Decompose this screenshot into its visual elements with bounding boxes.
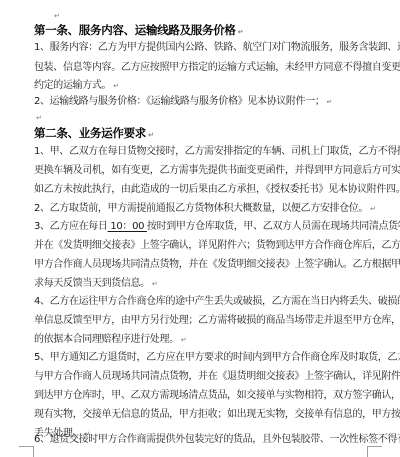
line-text: 按时到甲方仓库取货，甲、乙双方人员需在现场共同清点货物， bbox=[147, 221, 400, 232]
section2-item5-line2: 与甲方合作商人员现场共同清点货物，并在《退货明细交接表》上签字确认，详见附件七。 bbox=[34, 371, 400, 383]
paragraph-mark-icon: ↵ bbox=[148, 131, 154, 139]
section2-item3-line3: 甲方合作商人员现场共同清点货物，并在《发货明细交接表》上签字确认。乙方根据甲方要 bbox=[34, 259, 400, 271]
paragraph-mark-icon: ↵ bbox=[36, 114, 42, 122]
line-text: 2、运输线路与服务价格：《运输线路与服务价格》见本协议附件一； bbox=[34, 96, 325, 107]
section2-item6-line1: 6、退货交接时甲方合作商需提供外包装完好的货品，且外包装胶带、一次性标签不得有破 bbox=[34, 434, 400, 446]
section2-item3-line4: 求每天反馈当天到货信息。↵ bbox=[34, 278, 157, 290]
line-text: 3、乙方应在每日 bbox=[34, 221, 108, 232]
line-text: 的依据本合同理赔程序进行处理。 bbox=[34, 334, 179, 345]
section1-item1-line1: 1、服务内容：乙方为甲方提供国内公路、铁路、航空门对门物流服务，服务含装卸、运输… bbox=[34, 42, 400, 54]
section-heading-1: 第一条、服务内容、运输线路及服务价格↵ bbox=[34, 24, 243, 38]
paragraph-mark-icon: ↵ bbox=[238, 28, 244, 36]
section-heading-2: 第二条、业务运作要求↵ bbox=[34, 127, 154, 141]
paragraph-mark-icon: ↵ bbox=[152, 280, 158, 288]
section2-item4-line1: 4、乙方在运往甲方合作商仓库的途中产生丢失或破损，乙方需在当日内将丢失、破损的订 bbox=[34, 296, 400, 308]
paragraph-mark-icon: ↵ bbox=[181, 336, 187, 344]
line-text: 约定的运输方式。 bbox=[34, 80, 111, 91]
section-heading-text: 第二条、业务运作要求 bbox=[34, 126, 146, 140]
section-heading-text: 第一条、服务内容、运输线路及服务价格 bbox=[34, 23, 236, 37]
paragraph-mark-icon: ↵ bbox=[327, 98, 333, 106]
section1-item1-line3: 约定的运输方式。↵ bbox=[34, 80, 119, 92]
paragraph-mark-icon: ↵ bbox=[54, 12, 60, 20]
section2-item5-line1: 5、甲方通知乙方退货时，乙方应在甲方要求的时间内到甲方合作商仓库及时取货，乙方需 bbox=[34, 352, 400, 364]
empty-paragraph: ↵ bbox=[52, 10, 60, 22]
section2-item4-line2: 单信息反馈至甲方，由甲方另行处理；乙方需将破损的商品当场带走并退至甲方仓库，丢失 bbox=[34, 315, 400, 327]
section2-item1-line2: 更换车辆及司机，如有变更，乙方需事先提供书面变更函件，并得到甲方同意后方可实施， bbox=[34, 165, 400, 177]
section2-item5-line3: 到达甲方仓库时，甲、乙双方需现场清点货品，如交接单与实物相符，双方签字确认，如出 bbox=[34, 390, 400, 402]
paragraph-mark-icon: ↵ bbox=[370, 205, 376, 213]
document-page: ↵ 第一条、服务内容、运输线路及服务价格↵ 1、服务内容：乙方为甲方提供国内公路… bbox=[0, 0, 400, 457]
pickup-time-field: 10：00 bbox=[108, 221, 147, 232]
line-text: 2、乙方取货前，甲方需提前通报乙方货物体积大概数量，以便乙方安排仓位。 bbox=[34, 203, 368, 214]
empty-paragraph: ↵ bbox=[34, 112, 42, 124]
page-corner-mark-right bbox=[367, 446, 382, 457]
section2-item2: 2、乙方取货前，甲方需提前通报乙方货物体积大概数量，以便乙方安排仓位。↵ bbox=[34, 203, 376, 215]
section1-item1-line2: 包装、信息等内容。乙方应按照甲方指定的运输方式运输，未经甲方同意不得擅自变更事先 bbox=[34, 62, 400, 74]
line-text: 求每天反馈当天到货信息。 bbox=[34, 278, 150, 289]
section2-item5-line4: 现有实物，交接单无信息的货品，甲方拒收；如出现无实物，交接单有信息的，甲方按乙方 bbox=[34, 409, 400, 421]
page-corner-mark-left bbox=[19, 446, 34, 457]
section2-item4-line3: 的依据本合同理赔程序进行处理。↵ bbox=[34, 334, 186, 346]
section2-item3-line1: 3、乙方应在每日 10：00 按时到甲方仓库取货，甲、乙双方人员需在现场共同清点… bbox=[34, 221, 400, 233]
paragraph-mark-icon: ↵ bbox=[113, 82, 119, 90]
section1-item2: 2、运输线路与服务价格：《运输线路与服务价格》见本协议附件一；↵ bbox=[34, 96, 332, 108]
line-text: 如乙方未按此执行，由此造成的一切后果由乙方承担，《授权委托书》见本协议附件四。 bbox=[34, 184, 400, 195]
section2-item1-line3: 如乙方未按此执行，由此造成的一切后果由乙方承担，《授权委托书》见本协议附件四。↵ bbox=[34, 184, 400, 196]
section2-item3-line2: 并在《发货明细交接表》上签字确认，详见附件六；货物到达甲方合作商仓库后，乙方需与 bbox=[34, 240, 400, 252]
section2-item1-line1: 1、甲、乙双方在每日货物交接时，乙方需安排指定的车辆、司机上门取货，乙方不得擅自 bbox=[34, 146, 400, 158]
